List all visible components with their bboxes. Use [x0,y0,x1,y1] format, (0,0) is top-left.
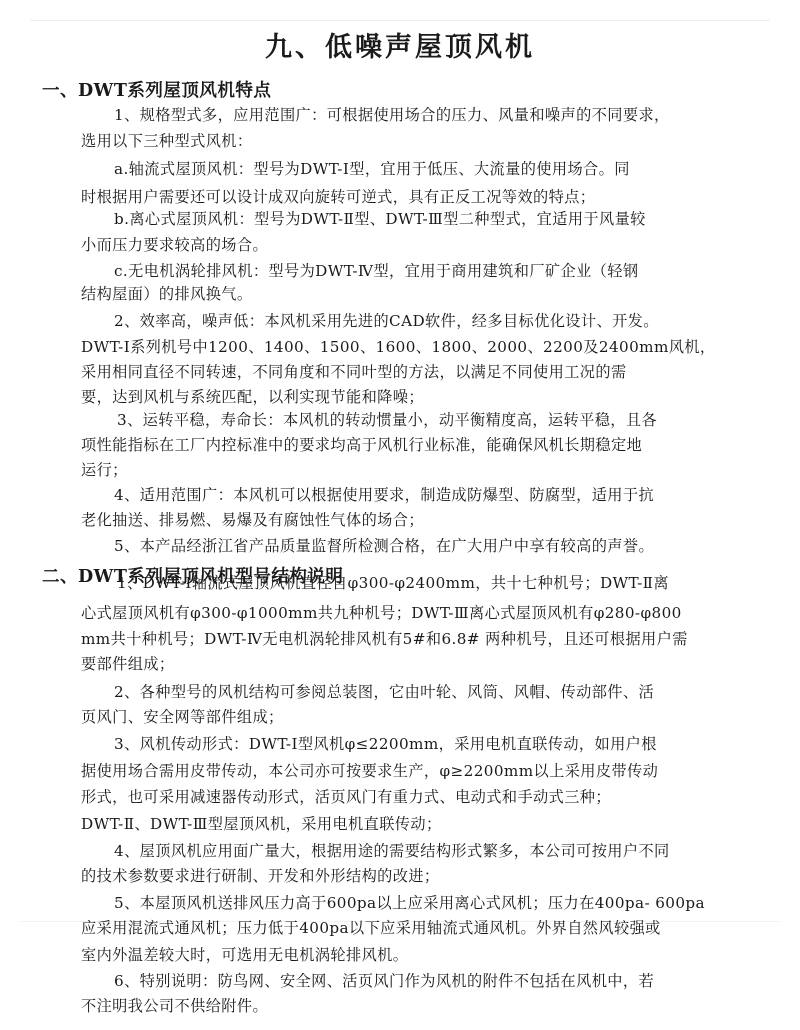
paragraph-line: 5、本屋顶风机送排风压力高于600pa以上应采用离心式风机；压力在400pa- … [114,892,705,913]
paragraph-line: 3、风机传动形式：DWT-Ⅰ型风机φ≤2200mm，采用电机直联传动，如用户根 [114,733,657,754]
paragraph-line: b.离心式屋顶风机：型号为DWT-Ⅱ型、DWT-Ⅲ型二种型式，宜适用于风量较 [114,208,646,229]
paragraph-line: 要，达到风机与系统匹配，以利实现节能和降噪； [81,386,424,407]
paragraph-line: a.轴流式屋顶风机：型号为DWT-Ⅰ型，宜用于低压、大流量的使用场合。同 [114,158,630,179]
paragraph-line: 1、DWT-Ⅰ轴流式屋顶风机直径自φ300-φ2400mm，共十七种机号；DWT… [117,572,669,593]
paragraph-line: 运行； [81,459,128,480]
paragraph-line: 选用以下三种型式风机： [81,130,252,151]
paragraph-line: 页风门、安全网等部件组成； [81,706,284,727]
paragraph-line: 4、屋顶风机应用面广量大，根据用途的需要结构形式繁多，本公司可按用户不同 [114,840,670,861]
paragraph-line: 的技术参数要求进行研制、开发和外形结构的改进； [81,865,440,886]
paragraph-line: 2、效率高，噪声低：本风机采用先进的CAD软件，经多目标优化设计、开发。 [114,310,659,331]
paragraph-line: 心式屋顶风机有φ300-φ1000mm共九种机号；DWT-Ⅲ离心式屋顶风机有φ2… [81,602,682,623]
paragraph-line: 结构屋面）的排风换气。 [81,283,252,304]
paragraph-line: 小而压力要求较高的场合。 [81,234,268,255]
paragraph-line: 据使用场合需用皮带传动，本公司亦可按要求生产，φ≥2200mm以上采用皮带传动 [81,760,658,781]
paragraph-line: 形式，也可采用减速器传动形式，活页风门有重力式、电动式和手动式三种； [81,786,611,807]
paragraph-line: 1、规格型式多，应用范围广：可根据使用场合的压力、风量和噪声的不同要求， [114,104,670,125]
paragraph-line: 4、适用范围广：本风机可以根据使用要求，制造成防爆型、防腐型，适用于抗 [114,484,654,505]
page-title: 九、低噪声屋顶风机 [0,25,800,64]
paragraph-line: 时根据用户需要还可以设计成双向旋转可逆式，具有正反工况等效的特点； [81,186,595,207]
paragraph-line: mm共十种机号；DWT-Ⅳ无电机涡轮排风机有5#和6.8# 两种机号，且还可根据… [81,628,688,649]
paragraph-line: 项性能指标在工厂内控标准中的要求均高于风机行业标准，能确保风机长期稳定地 [81,434,642,455]
section-heading-features: 一、DWT系列屋顶风机特点 [42,77,271,102]
paragraph-line: 2、各种型号的风机结构可参阅总装图，它由叶轮、风筒、风帽、传动部件、活 [114,681,654,702]
paragraph-line: 老化抽送、排易燃、易爆及有腐蚀性气体的场合； [81,509,424,530]
paragraph-line: DWT-Ⅰ系列机号中1200、1400、1500、1600、1800、2000、… [81,336,716,357]
paragraph-line: c.无电机涡轮排风机：型号为DWT-Ⅳ型，宜用于商用建筑和厂矿企业（轻钢 [114,260,638,281]
paragraph-line: 要部件组成； [81,653,175,674]
top-divider [30,20,770,21]
paragraph-line: 不注明我公司不供给附件。 [81,995,268,1016]
paragraph-line: 6、特别说明：防鸟网、安全网、活页风门作为风机的附件不包括在风机中，若 [114,970,654,991]
paragraph-line: 采用相同直径不同转速，不同角度和不同叶型的方法，以满足不同使用工况的需 [81,361,627,382]
paragraph-line: 室内外温差较大时，可选用无电机涡轮排风机。 [81,944,408,965]
paragraph-line: DWT-Ⅱ、DWT-Ⅲ型屋顶风机，采用电机直联传动； [81,813,442,834]
paragraph-line: 3、运转平稳，寿命长：本风机的转动惯量小，动平衡精度高，运转平稳，且各 [117,409,657,430]
paragraph-line: 5、本产品经浙江省产品质量监督所检测合格，在广大用户中享有较高的声誉。 [114,535,654,556]
paragraph-line: 应采用混流式通风机；压力低于400pa以下应采用轴流式通风机。外界自然风较强或 [81,917,661,938]
